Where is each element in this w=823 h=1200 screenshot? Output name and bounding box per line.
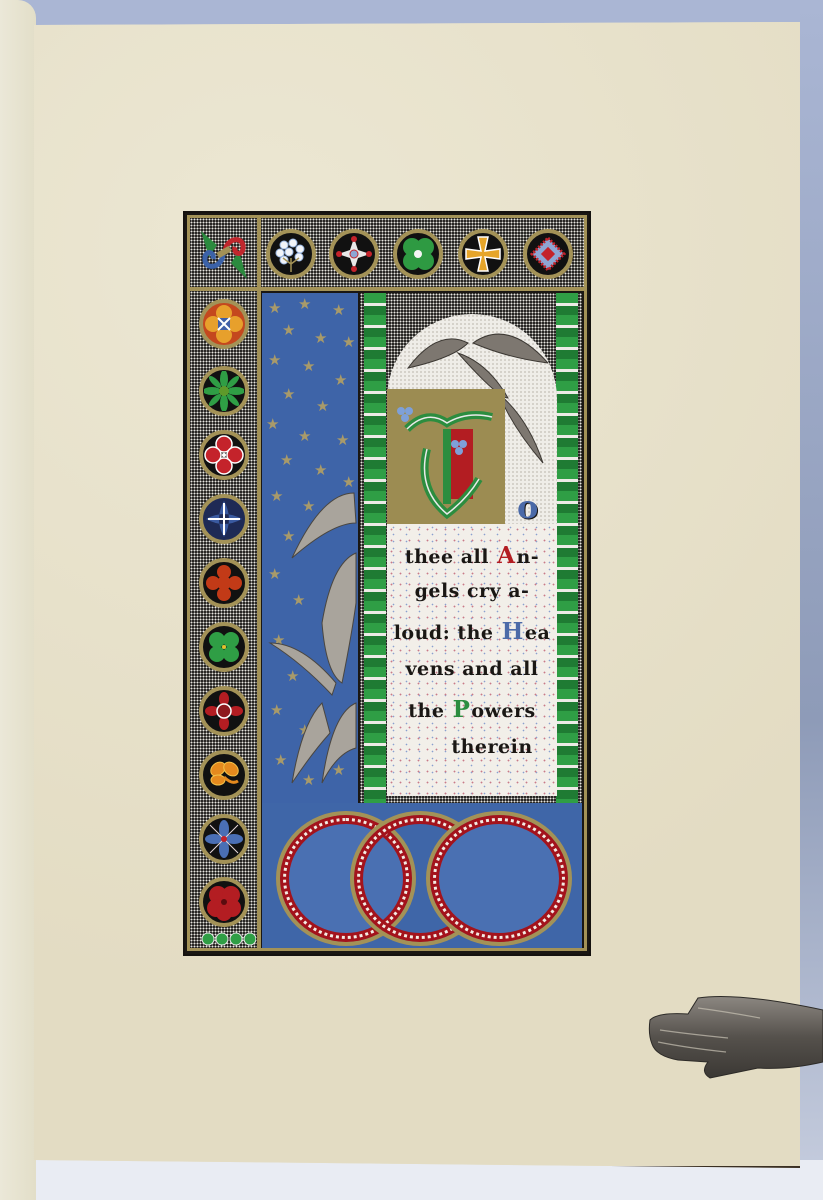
star-icon: ★ [298, 429, 311, 444]
orange-trefoil-roundel [199, 750, 249, 800]
blue-cross-roundel [199, 494, 249, 544]
red-rose-roundel [199, 686, 249, 736]
red-poppy-roundel [199, 877, 249, 927]
star-icon: ★ [266, 417, 279, 432]
interlaced-rings-band [262, 803, 582, 948]
star-icon: ★ [332, 303, 345, 318]
cross-icon [463, 234, 503, 274]
star-icon: ★ [298, 297, 311, 312]
star-icon: ★ [314, 463, 327, 478]
cross-icon [204, 499, 244, 539]
gold-cross-roundel [458, 229, 508, 279]
facing-page-edge [0, 0, 36, 1200]
right-leaf-vine [556, 293, 578, 803]
angel-wings-icon [262, 483, 358, 803]
initial-o: o [517, 488, 538, 526]
poppy-icon [204, 882, 244, 922]
star-flower-icon [204, 819, 244, 859]
star-icon: ★ [280, 453, 293, 468]
star-icon: ★ [268, 301, 281, 316]
quatrefoil-icon [204, 304, 244, 344]
star-icon: ★ [282, 387, 295, 402]
quatrefoil-icon [398, 234, 438, 274]
scripture-text-panel: thee all An- gels cry a- loud: the Hea v… [387, 524, 557, 796]
red-cross-flower-roundel [329, 229, 379, 279]
ring-right [426, 811, 572, 946]
white-blossom-roundel [266, 229, 316, 279]
text-line-6: therein [407, 736, 577, 758]
orange-quatrefoil-roundel [199, 299, 249, 349]
star-icon: ★ [336, 433, 349, 448]
text-line-3: loud: the Hea [387, 618, 557, 645]
left-leaf-vine [364, 293, 386, 803]
green-clover-roundel [199, 622, 249, 672]
trefoil-icon [204, 755, 244, 795]
cross-flower-icon [334, 234, 374, 274]
text-line-2: gels cry a- [387, 580, 557, 602]
initial-letter-block [387, 389, 505, 524]
star-flower-icon [204, 371, 244, 411]
star-icon: ★ [282, 323, 295, 338]
gold-frame-column [257, 215, 261, 951]
diamond-icon [528, 234, 568, 274]
red-berry-roundel [199, 558, 249, 608]
red-target-roundel [199, 430, 249, 480]
text-line-5: the Powers [387, 696, 557, 723]
fleur-de-lis-knot-icon [195, 223, 253, 283]
star-icon: ★ [316, 399, 329, 414]
text-line-4: vens and all [387, 658, 557, 680]
star-icon: ★ [302, 359, 315, 374]
star-icon: ★ [342, 335, 355, 350]
green-star-roundel [199, 366, 249, 416]
blossom-icon [271, 234, 311, 274]
target-flower-icon [204, 435, 244, 475]
star-icon: ★ [334, 373, 347, 388]
star-icon: ★ [314, 331, 327, 346]
blue-star-roundel [199, 814, 249, 864]
initial-t-icon [387, 389, 505, 524]
berry-cluster-icon [204, 563, 244, 603]
text-line-1: thee all An- [387, 542, 557, 569]
starry-sky-column: ★ ★ ★ ★ ★ ★ ★ ★ ★ ★ ★ ★ ★ ★ ★ ★ ★ ★ ★ ★ … [262, 293, 358, 803]
rose-icon [204, 691, 244, 731]
red-diamond-roundel [523, 229, 573, 279]
green-quatrefoil-roundel [393, 229, 443, 279]
gold-frame-bottom [187, 948, 587, 951]
green-bead-border-icon [200, 931, 256, 947]
star-icon: ★ [268, 353, 281, 368]
clover-icon [204, 627, 244, 667]
pewter-hand-bookweight-icon [648, 990, 823, 1090]
gold-frame-right [584, 215, 587, 951]
